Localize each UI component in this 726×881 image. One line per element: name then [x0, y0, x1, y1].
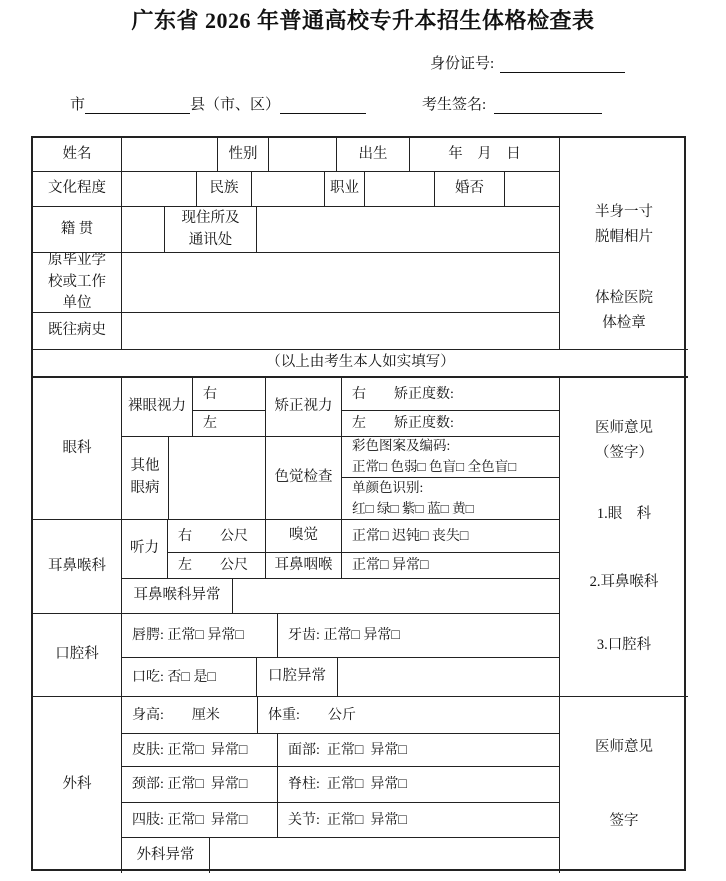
- surgery-section-label: 外科: [33, 697, 122, 873]
- native-place-label: 籍 贯: [33, 207, 122, 253]
- birth-date-cell[interactable]: 年 月 日: [410, 138, 560, 172]
- corrected-vision-label: 矫正视力: [266, 378, 342, 437]
- other-eye-label: 其他 眼病: [122, 437, 169, 520]
- weight-cell[interactable]: 体重: 公斤: [258, 697, 560, 734]
- occupation-input-cell[interactable]: [365, 172, 435, 207]
- city-input-line[interactable]: [85, 97, 190, 114]
- marital-label: 婚否: [435, 172, 505, 207]
- ent-abnormal-input-cell[interactable]: [233, 579, 560, 614]
- face-cell[interactable]: 面部: 正常□ 异常□: [278, 734, 560, 767]
- county-label: 县（市、区）: [190, 97, 280, 113]
- corrected-right-degree-cell[interactable]: 右 矫正度数:: [342, 378, 560, 411]
- ethnicity-label: 民族: [197, 172, 252, 207]
- skin-cell[interactable]: 皮肤: 正常□ 异常□: [122, 734, 278, 767]
- surgery-abnormal-input-cell[interactable]: [210, 838, 560, 873]
- occupation-label: 职业: [325, 172, 365, 207]
- stutter-cell[interactable]: 口吃: 否□ 是□: [122, 658, 257, 697]
- surgery-doctor-sign-label: 签字: [560, 809, 688, 834]
- spine-cell[interactable]: 脊柱: 正常□ 异常□: [278, 767, 560, 803]
- address-label: 现住所及 通讯处: [165, 207, 257, 253]
- region-line: 市县（市、区）考生签名:: [70, 93, 602, 114]
- eye-section-label: 眼科: [33, 378, 122, 520]
- doctor-ent-item: 2.耳鼻喉科: [560, 570, 688, 595]
- color-pattern-cell[interactable]: 彩色图案及编码: 正常□ 色弱□ 色盲□ 全色盲□: [342, 437, 560, 478]
- notice-row: （以上由考生本人如实填写）: [33, 350, 688, 378]
- native-place-input-cell[interactable]: [122, 207, 165, 253]
- id-number-input-line[interactable]: [500, 56, 625, 73]
- hearing-label: 听力: [122, 520, 168, 579]
- doctor-eye-item: 1.眼 科: [560, 502, 688, 527]
- gender-label: 性别: [218, 138, 269, 172]
- hearing-right-cell[interactable]: 右 公尺: [168, 520, 266, 553]
- name-input-cell[interactable]: [122, 138, 218, 172]
- gender-input-cell[interactable]: [269, 138, 337, 172]
- corrected-left-degree-cell[interactable]: 左 矫正度数:: [342, 411, 560, 437]
- name-label: 姓名: [33, 138, 122, 172]
- height-cell[interactable]: 身高: 厘米: [122, 697, 258, 734]
- medical-exam-form-page: 广东省 2026 年普通高校专升本招生体格检查表 身份证号: 市县（市、区）考生…: [0, 0, 726, 881]
- city-label: 市: [70, 97, 85, 113]
- address-input-cell[interactable]: [257, 207, 560, 253]
- education-input-cell[interactable]: [122, 172, 197, 207]
- single-color-cell[interactable]: 单颜色识别: 红□ 绿□ 紫□ 蓝□ 黄□: [342, 478, 560, 520]
- education-label: 文化程度: [33, 172, 122, 207]
- doctor-opinion-sign-label: 医师意见 （签字）: [560, 416, 688, 465]
- school-label: 原毕业学 校或工作 单位: [33, 253, 122, 313]
- bare-vision-label: 裸眼视力: [122, 378, 193, 437]
- signature-input-line[interactable]: [494, 97, 602, 114]
- exam-table: 姓名 性别 出生 年 月 日 文化程度 民族 职业 婚否 籍 贯 现住所及 通讯…: [31, 136, 686, 871]
- photo-note: 半身一寸 脱帽相片: [560, 200, 688, 249]
- birth-label: 出生: [337, 138, 410, 172]
- surgery-doctor-opinion-label: 医师意见: [560, 735, 688, 760]
- page-title: 广东省 2026 年普通高校专升本招生体格检查表: [0, 4, 726, 35]
- bare-vision-right-cell[interactable]: 右: [193, 378, 266, 411]
- dental-abnormal-input-cell[interactable]: [338, 658, 560, 697]
- signature-label: 考生签名:: [422, 97, 486, 113]
- id-number-line: 身份证号:: [430, 52, 625, 73]
- history-label: 既往病史: [33, 313, 122, 350]
- dental-abnormal-label: 口腔异常: [257, 658, 338, 697]
- color-test-label: 色觉检查: [266, 437, 342, 520]
- throat-label: 耳鼻咽喉: [266, 553, 342, 579]
- history-input-cell[interactable]: [122, 313, 560, 350]
- hearing-left-cell[interactable]: 左 公尺: [168, 553, 266, 579]
- teeth-cell[interactable]: 牙齿: 正常□ 异常□: [278, 614, 560, 658]
- ent-abnormal-label: 耳鼻喉科异常: [122, 579, 233, 614]
- ent-section-label: 耳鼻喉科: [33, 520, 122, 614]
- hospital-seal-note: 体检医院 体检章: [560, 286, 688, 335]
- smell-label: 嗅觉: [266, 520, 342, 553]
- marital-input-cell[interactable]: [505, 172, 560, 207]
- doctor-opinion-cell[interactable]: 医师意见 （签字） 1.眼 科 2.耳鼻喉科 3.口腔科: [560, 378, 688, 697]
- school-input-cell[interactable]: [122, 253, 560, 313]
- other-eye-input-cell[interactable]: [169, 437, 266, 520]
- neck-cell[interactable]: 颈部: 正常□ 异常□: [122, 767, 278, 803]
- county-input-line[interactable]: [280, 97, 366, 114]
- bare-vision-left-cell[interactable]: 左: [193, 411, 266, 437]
- surgery-abnormal-label: 外科异常: [122, 838, 210, 873]
- dental-section-label: 口腔科: [33, 614, 122, 697]
- surgery-doctor-cell[interactable]: 医师意见 签字: [560, 697, 688, 873]
- photo-seal-cell[interactable]: 半身一寸 脱帽相片 体检医院 体检章: [560, 138, 688, 350]
- doctor-dental-item: 3.口腔科: [560, 633, 688, 658]
- joints-cell[interactable]: 关节: 正常□ 异常□: [278, 803, 560, 838]
- lip-palate-cell[interactable]: 唇腭: 正常□ 异常□: [122, 614, 278, 658]
- throat-options-cell[interactable]: 正常□ 异常□: [342, 553, 560, 579]
- id-number-label: 身份证号:: [430, 56, 494, 72]
- smell-options-cell[interactable]: 正常□ 迟钝□ 丧失□: [342, 520, 560, 553]
- limbs-cell[interactable]: 四肢: 正常□ 异常□: [122, 803, 278, 838]
- ethnicity-input-cell[interactable]: [252, 172, 325, 207]
